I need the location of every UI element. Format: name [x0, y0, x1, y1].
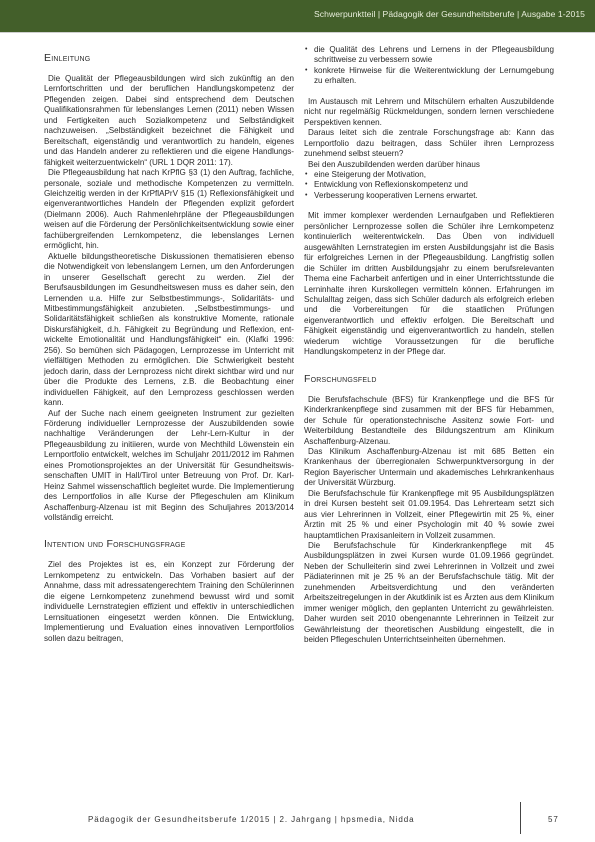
- paragraph: Daraus leitet sich die zentrale Forschun…: [304, 128, 554, 159]
- heading-einleitung: Einleitung: [44, 52, 294, 64]
- right-column: die Qualität des Lehrens und Lernens in …: [304, 45, 554, 646]
- paragraph: Aktuelle bildungstheoretische Diskussion…: [44, 252, 294, 409]
- paragraph: Bei den Auszubildenden werden darüber hi…: [304, 160, 554, 170]
- paragraph: Im Austausch mit Lehrern und Mitschülern…: [304, 97, 554, 128]
- paragraph: Die Berufsfachschule für Kinderkrankenpf…: [304, 541, 554, 646]
- running-title: Schwerpunktteil | Pädagogik der Gesundhe…: [314, 9, 585, 19]
- bullet-item: eine Steigerung der Motivation,: [304, 170, 554, 180]
- left-column: Einleitung Die Qualität der Pflegeausbil…: [44, 52, 294, 644]
- bullet-item: Verbesserung kooperativen Lernens erwart…: [304, 191, 554, 201]
- bullet-item: Entwicklung von Reflexionskompetenz und: [304, 180, 554, 190]
- bullet-item: konkrete Hinweise für die Weiterentwickl…: [304, 66, 554, 87]
- paragraph: Das Klinikum Aschaffenburg-Alzenau ist m…: [304, 447, 554, 489]
- paragraph: Auf der Suche nach einem geeigneten Inst…: [44, 409, 294, 524]
- paragraph: Die Berufsfachschule (BFS) für Krankenpf…: [304, 395, 554, 447]
- heading-forschungsfeld: Forschungsfeld: [304, 373, 554, 385]
- footer-divider: [520, 802, 521, 834]
- bullet-list-goals: die Qualität des Lehrens und Lernens in …: [304, 45, 554, 87]
- heading-intention: Intention und Forschungsfrage: [44, 538, 294, 550]
- paragraph: Die Berufsfachschule für Krankenpflege m…: [304, 489, 554, 541]
- footer-journal-info: Pädagogik der Gesundheitsberufe 1/2015 |…: [88, 815, 414, 824]
- page-footer: Pädagogik der Gesundheitsberufe 1/2015 |…: [0, 812, 595, 832]
- paragraph: Ziel des Projektes ist es, ein Konzept z…: [44, 560, 294, 644]
- header-bar: Schwerpunktteil | Pädagogik der Gesundhe…: [0, 0, 595, 33]
- bullet-item: die Qualität des Lehrens und Lernens in …: [304, 45, 554, 66]
- paragraph: Die Pflegeausbildung hat nach KrPflG §3 …: [44, 168, 294, 252]
- paragraph: Die Qualität der Pflegeausbildungen wird…: [44, 74, 294, 168]
- paragraph: Mit immer komplexer werdenden Lernaufgab…: [304, 211, 554, 357]
- page-number: 57: [548, 815, 559, 824]
- bullet-list-expectations: eine Steigerung der Motivation, Entwickl…: [304, 170, 554, 201]
